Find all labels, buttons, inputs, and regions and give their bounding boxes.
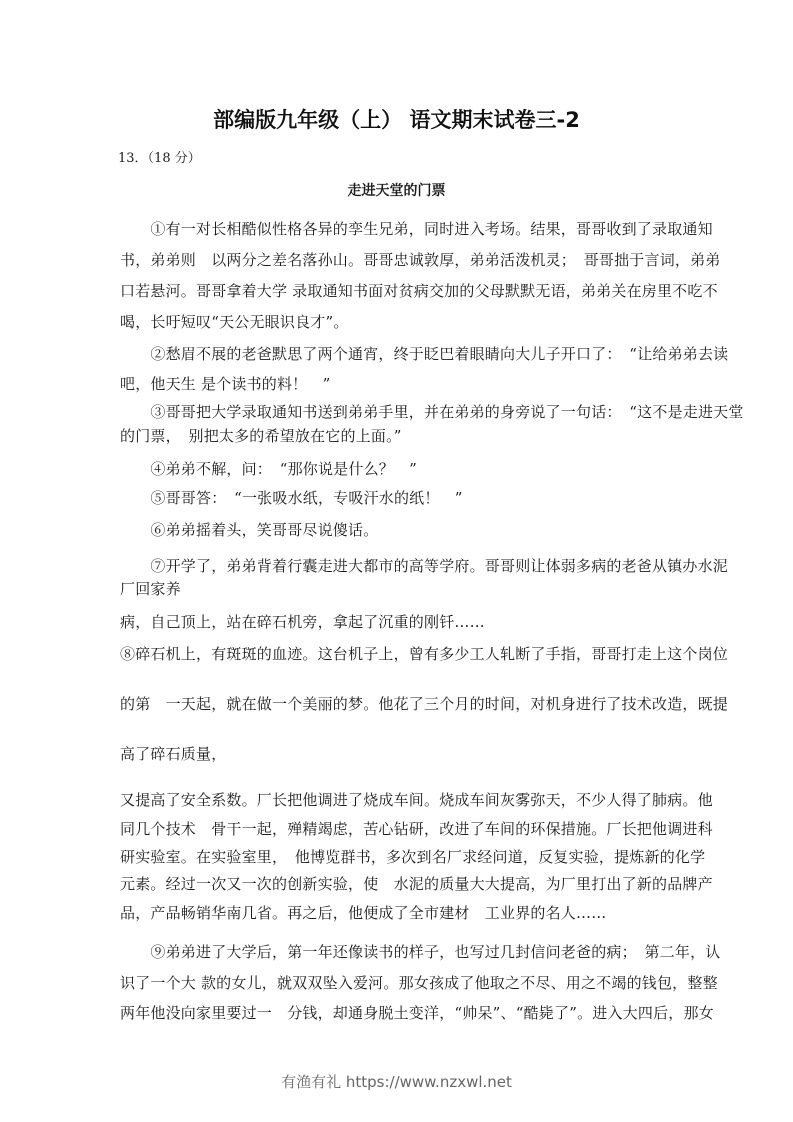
passage-line: ⑧碎石机上，有斑斑的血迹。这台机子上，曾有多少工人轧断了手指，哥哥打走上这个岗位: [120, 643, 728, 664]
passage-line: 书，弟弟则 以两分之差名落孙山。哥哥忠诚敦厚，弟弟活泼机灵； 哥哥拙于言词，弟弟: [120, 249, 721, 270]
passage-line: 又提高了安全系数。厂长把他调进了烧成车间。烧成车间灰雾弥天，不少人得了肺病。他: [120, 789, 713, 810]
footer-watermark: 有渔有礼 https://www.nzxwl.net: [0, 1071, 793, 1092]
question-header: 13．（18 分）: [118, 147, 201, 166]
passage-title: 走进天堂的门票: [0, 180, 793, 200]
passage-line: 口若悬河。哥哥拿着大学 录取通知书面对贫病交加的父母默默无语，弟弟关在房里不吃不: [120, 280, 718, 301]
passage-line: 的门票， 别把太多的希望放在它的上面。”: [120, 425, 402, 446]
passage-line: ③哥哥把大学录取通知书送到弟弟手里，并在弟弟的身旁说了一句话： “这不是走进天堂: [120, 401, 744, 422]
passage-line: ①有一对长相酷似性格各异的孪生兄弟，同时进入考场。结果，哥哥收到了录取通知: [120, 218, 713, 239]
passage-line: 的第 一天起，就在做一个美丽的梦。他花了三个月的时间，对机身进行了技术改造，既提: [120, 693, 728, 714]
passage-line: 品，产品畅销华南几省。再之后，他便成了全市建材 工业界的名人……: [120, 902, 606, 923]
passage-line: 厂回家养: [120, 578, 181, 599]
passage-line: 病，自己顶上，站在碎石机旁，拿起了沉重的刚钎……: [120, 611, 485, 632]
passage-line: 研实验室。在实验室里， 他博览群书，多次到名厂求经问道，反复实验，提炼新的化学: [120, 846, 705, 867]
passage-line: 喝，长吁短叹“天公无眼识良才”。: [120, 311, 349, 332]
passage-line: ⑥弟弟摇着头，笑哥哥尽说傻话。: [120, 519, 378, 540]
passage-line: ④弟弟不解，问： “那你说是什么？ ”: [120, 458, 417, 479]
passage-line: ⑦开学了，弟弟背着行囊走进大都市的高等学府。哥哥则让体弱多病的老爸从镇办水泥: [120, 555, 728, 576]
passage-line: 吧，他天生 是个读书的料！ ”: [120, 373, 330, 394]
document-title: 部编版九年级（上） 语文期末试卷三-2: [0, 104, 793, 134]
passage-line: ⑨弟弟进了大学后，第一年还像读书的样子，也写过几封信问老爸的病； 第二年，认: [120, 941, 721, 962]
passage-line: ②愁眉不展的老爸默思了两个通宵，终于眨巴着眼睛向大儿子开口了： “让给弟弟去读: [120, 343, 728, 364]
passage-line: ⑤哥哥答： “一张吸水纸，专吸汗水的纸！ ”: [120, 487, 463, 508]
passage-line: 元素。经过一次又一次的创新实验，使 水泥的质量大大提高，为厂里打出了新的品牌产: [120, 873, 713, 894]
passage-line: 两年他没向家里要过一 分钱，却通身脱土变洋，“帅呆”、“酷毙了”。进入大四后，那…: [120, 1002, 714, 1023]
passage-line: 高了碎石质量，: [120, 743, 226, 764]
passage-line: 同几个技术 骨干一起，殚精竭虑，苦心钻研，改进了车间的环保措施。厂长把他调进科: [120, 818, 713, 839]
passage-line: 识了一个大 款的女儿，就双双坠入爱河。那女孩成了他取之不尽、用之不竭的钱包，整整: [120, 972, 718, 993]
